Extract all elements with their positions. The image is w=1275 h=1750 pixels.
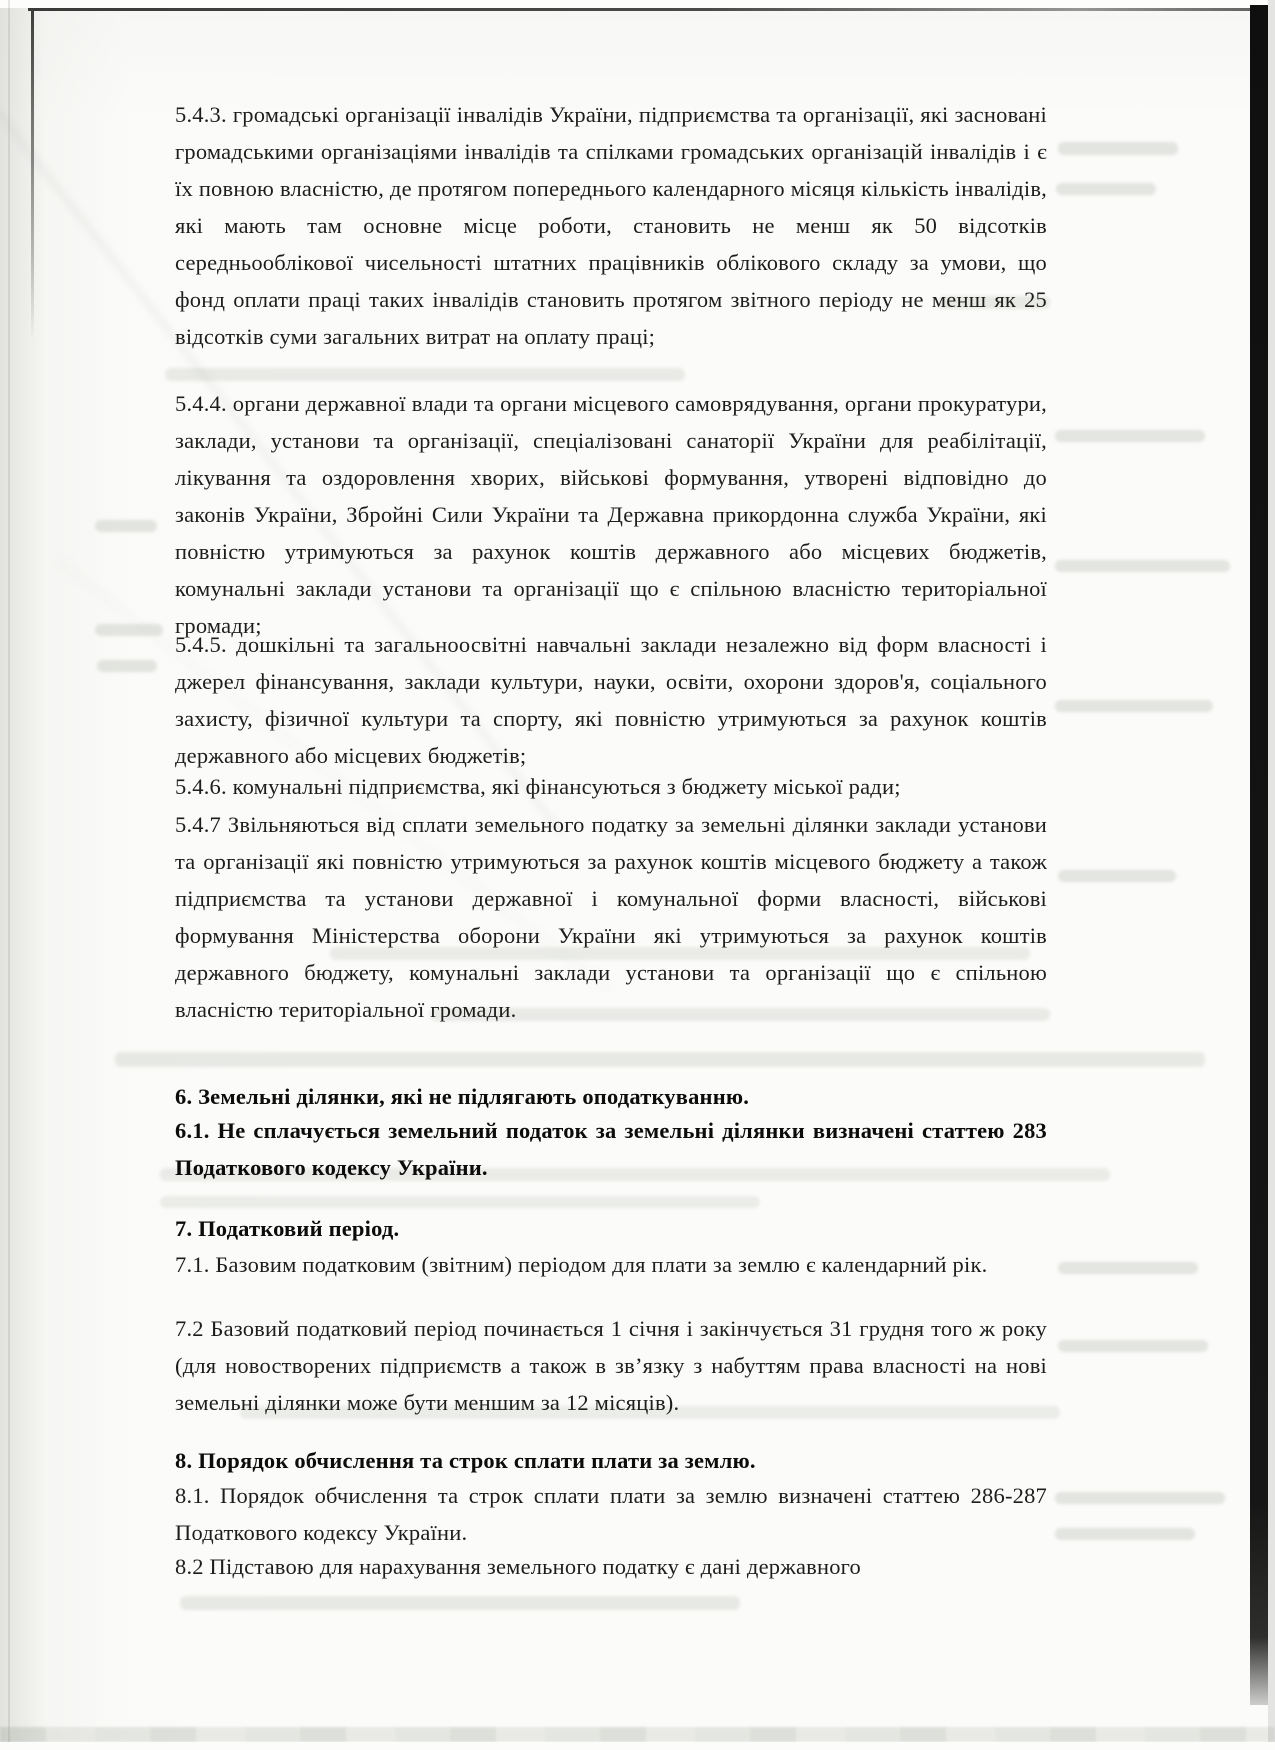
scan-edge-top-line bbox=[28, 8, 1263, 11]
paragraph-5-4-4: 5.4.4. органи державної влади та органи … bbox=[175, 385, 1047, 644]
paragraph-5-4-6: 5.4.6. комунальні підприємства, які фіна… bbox=[175, 768, 1047, 805]
bleed-through-artifact bbox=[1058, 870, 1176, 882]
scan-edge-right-black-band bbox=[1250, 5, 1268, 1705]
paragraph-5-4-7: 5.4.7 Звільняються від сплати земельного… bbox=[175, 806, 1047, 1028]
bleed-through-artifact bbox=[95, 520, 157, 532]
heading-section-8: 8. Порядок обчислення та строк сплати пл… bbox=[175, 1442, 1047, 1479]
scan-bottom-mottled-band bbox=[0, 1727, 1275, 1742]
bleed-through-artifact bbox=[1055, 430, 1205, 442]
bleed-through-artifact bbox=[165, 368, 685, 381]
bleed-through-artifact bbox=[97, 660, 157, 672]
paragraph-7-2: 7.2 Базовий податковий період починаєтьс… bbox=[175, 1310, 1047, 1421]
bleed-through-artifact bbox=[160, 1196, 760, 1208]
paragraph-5-4-3: 5.4.3. громадські організації інвалідів … bbox=[175, 96, 1047, 355]
bleed-through-artifact bbox=[1058, 142, 1178, 155]
scan-edge-left-faint-line bbox=[8, 0, 10, 1750]
scan-edge-right-strip bbox=[1268, 0, 1275, 1750]
heading-section-7: 7. Податковий період. bbox=[175, 1210, 1047, 1247]
paragraph-7-1: 7.1. Базовим податковим (звітним) період… bbox=[175, 1246, 1047, 1283]
bleed-through-artifact bbox=[1058, 1262, 1198, 1274]
bleed-through-artifact bbox=[1055, 1528, 1195, 1540]
scan-edge-left-line bbox=[31, 10, 34, 340]
bleed-through-artifact bbox=[1055, 700, 1213, 712]
paragraph-5-4-5: 5.4.5. дошкільні та загальноосвітні навч… bbox=[175, 626, 1047, 774]
bleed-through-artifact bbox=[1058, 1340, 1208, 1352]
paragraph-8-2: 8.2 Підставою для нарахування земельного… bbox=[175, 1548, 1047, 1585]
bleed-through-artifact bbox=[1055, 1492, 1225, 1504]
paragraph-6-1: 6.1. Не сплачується земельний податок за… bbox=[175, 1112, 1047, 1186]
bleed-through-artifact bbox=[1056, 183, 1156, 195]
bleed-through-artifact bbox=[115, 1052, 1205, 1067]
scan-bottom-margin bbox=[0, 1742, 1275, 1750]
bleed-through-artifact bbox=[180, 1596, 740, 1610]
scan-edge-top-margin bbox=[0, 0, 1275, 8]
paragraph-8-1: 8.1. Порядок обчислення та строк сплати … bbox=[175, 1477, 1047, 1551]
bleed-through-artifact bbox=[1055, 560, 1230, 572]
scanned-document-page: 5.4.3. громадські організації інвалідів … bbox=[0, 0, 1275, 1750]
heading-section-6: 6. Земельні ділянки, які не підлягають о… bbox=[175, 1078, 1047, 1115]
